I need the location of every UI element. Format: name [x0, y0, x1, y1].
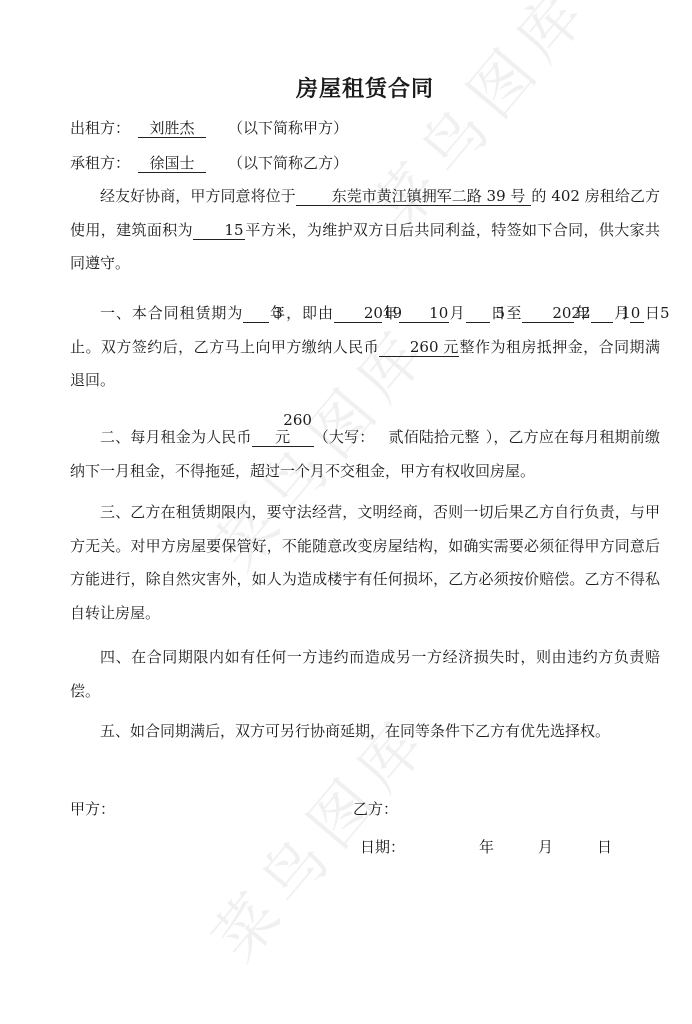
document-title: 房屋租赁合同: [70, 72, 660, 103]
lessee-name: 徐国士: [138, 155, 206, 173]
end-year: 2022: [522, 305, 574, 323]
clause-3: 三、乙方在租赁期限内，要守法经营，文明经商，否则一切后果乙方自行负责，与甲方无关…: [70, 496, 660, 630]
intro-text-1: 经友好协商，甲方同意将位于: [100, 187, 296, 205]
clause-1: 一、本合同租赁期为3年，即由2019年10月5日至2022年10月5日止。双方签…: [70, 297, 660, 398]
deposit-amount: 260 元: [379, 339, 459, 357]
lessor-name: 刘胜杰: [138, 120, 206, 138]
lease-term-years: 3: [243, 305, 269, 323]
clause-2: 二、每月租金为人民币260 元（大写：贰佰陆拾元整），乙方应在每月租期前缴纳下一…: [70, 412, 660, 488]
clause-1-text: 月: [449, 304, 466, 322]
clause-2-text: 二、每月租金为人民币: [100, 428, 252, 446]
end-day: 5: [630, 305, 644, 323]
lessee-label: 承租方：: [70, 152, 138, 174]
date-year: 年: [479, 836, 494, 857]
clause-5: 五、如合同期满后，双方可另行协商延期，在同等条件下乙方有优先选择权。: [70, 715, 660, 749]
lessee-note: （以下简称乙方）: [228, 154, 348, 172]
clause-1-text: 年: [382, 304, 399, 322]
lessor-note: （以下简称甲方）: [228, 119, 348, 137]
start-year: 2019: [334, 305, 382, 323]
clause-1-text: 年，即由: [269, 304, 334, 322]
lessor-label: 出租方：: [70, 117, 138, 139]
intro-paragraph: 经友好协商，甲方同意将位于东莞市黄江镇拥军二路 39 号的 402 房租给乙方使…: [70, 180, 660, 281]
clause-4: 四、在合同期限内如有任何一方违约而造成另一方经济损失时，则由违约方负责赔偿。: [70, 641, 660, 708]
clause-1-text: 日至: [490, 304, 523, 322]
start-day: 5: [466, 305, 490, 323]
start-month: 10: [399, 305, 449, 323]
clause-2-text: （大写：: [314, 428, 375, 446]
lessee-line: 承租方：徐国士（以下简称乙方）: [70, 152, 348, 174]
monthly-rent: 260 元: [252, 412, 314, 447]
building-area: 15: [193, 222, 245, 240]
end-month: 10: [591, 305, 613, 323]
clause-1-text: 月: [613, 304, 630, 322]
clause-1-text: 一、本合同租赁期为: [100, 304, 243, 322]
lessor-line: 出租方：刘胜杰（以下简称甲方）: [70, 117, 348, 139]
date-month: 月: [538, 836, 553, 857]
clause-1-text: 年: [574, 304, 591, 322]
party-a-signature: 甲方：: [70, 798, 115, 819]
property-address: 东莞市黄江镇拥军二路 39 号: [296, 188, 532, 206]
date-day: 日: [597, 836, 612, 857]
party-b-signature: 乙方：: [353, 798, 398, 819]
rent-in-words: 贰佰陆拾元整: [388, 428, 479, 446]
date-label: 日期：: [360, 836, 405, 857]
